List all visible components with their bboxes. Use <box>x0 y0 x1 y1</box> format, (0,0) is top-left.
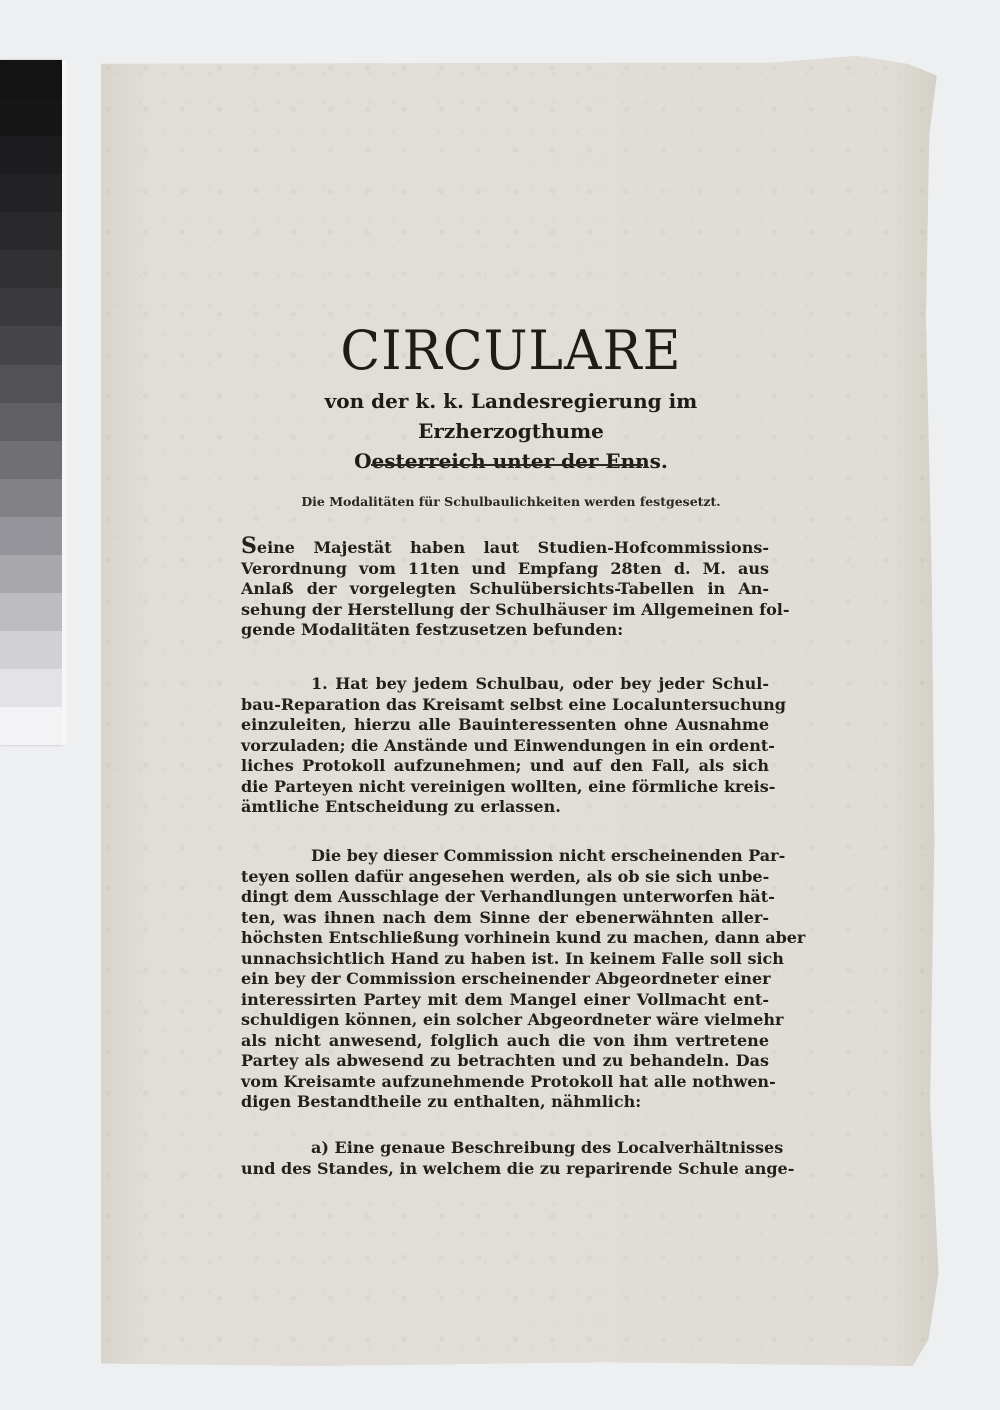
gray-patch <box>0 98 62 136</box>
gray-patch <box>0 669 62 707</box>
gray-patch <box>0 365 62 403</box>
text-line: liches Protokoll aufzunehmen; und auf de… <box>241 756 769 777</box>
subtitle-line: von der k. k. Landesregierung im Erzherz… <box>231 386 791 446</box>
text-line: Verordnung vom 11ten und Empfang 28ten d… <box>241 559 769 580</box>
paragraph-item-a: a) Eine genaue Beschreibung des Localver… <box>241 1138 769 1179</box>
text-line: ten, was ihnen nach dem Sinne der ebener… <box>241 908 769 929</box>
gray-patch <box>0 631 62 669</box>
grayscale-calibration-card <box>0 60 62 745</box>
gray-patch <box>0 326 62 364</box>
text-line: vom Kreisamte aufzunehmende Protokoll ha… <box>241 1072 769 1093</box>
paragraph-intro: Seine Majestät haben laut Studien-Hofcom… <box>241 536 769 641</box>
text-line: als nicht anwesend, folglich auch die vo… <box>241 1031 769 1052</box>
text-line: ein bey der Commission erscheinender Abg… <box>241 969 769 990</box>
gray-patch <box>0 212 62 250</box>
text-line: die Parteyen nicht vereinigen wollten, e… <box>241 777 769 798</box>
text-line: bau-Reparation das Kreisamt selbst eine … <box>241 695 769 716</box>
text-line: sehung der Herstellung der Schulhäuser i… <box>241 600 769 621</box>
text-line: Die bey dieser Commission nicht erschein… <box>241 846 769 867</box>
paragraph-commission: Die bey dieser Commission nicht erschein… <box>241 846 769 1113</box>
text-line: teyen sollen dafür angesehen werden, als… <box>241 867 769 888</box>
text-line: vorzuladen; die Anstände und Einwendunge… <box>241 736 769 757</box>
subtitle-line: Oesterreich unter der Enns. <box>231 446 791 476</box>
text-line: und des Standes, in welchem die zu repar… <box>241 1159 769 1180</box>
gray-patch <box>0 593 62 631</box>
gray-patch <box>0 136 62 174</box>
gray-patch <box>0 288 62 326</box>
text-line: digen Bestandtheile zu enthalten, nähmli… <box>241 1092 769 1113</box>
text-line: Anlaß der vorgelegten Schulübersichts-Ta… <box>241 579 769 600</box>
paragraph-item-1: 1. Hat bey jedem Schulbau, oder bey jede… <box>241 674 769 818</box>
text-line: a) Eine genaue Beschreibung des Localver… <box>241 1138 769 1159</box>
document-title: CIRCULARE <box>241 320 781 383</box>
text-line: gende Modalitäten festzusetzen befunden: <box>241 620 769 641</box>
gray-patch <box>0 60 62 98</box>
text-line: dingt dem Ausschlage der Verhandlungen u… <box>241 887 769 908</box>
text-line: 1. Hat bey jedem Schulbau, oder bey jede… <box>241 674 769 695</box>
gray-patch <box>0 250 62 288</box>
gray-patch <box>0 707 62 745</box>
document-subtitle: von der k. k. Landesregierung im Erzherz… <box>231 386 791 476</box>
gray-patch <box>0 441 62 479</box>
gray-patch <box>0 517 62 555</box>
document-sheet: CIRCULARE von der k. k. Landesregierung … <box>101 56 941 1366</box>
text-line: einzuleiten, hierzu alle Bauinteressente… <box>241 715 769 736</box>
text-line: schuldigen können, ein solcher Abgeordne… <box>241 1010 769 1031</box>
text-line: ämtliche Entscheidung zu erlassen. <box>241 797 769 818</box>
text-line: unnachsichtlich Hand zu haben ist. In ke… <box>241 949 769 970</box>
text-line: höchsten Entschließung vorhinein kund zu… <box>241 928 769 949</box>
section-heading: Die Modalitäten für Schulbaulichkeiten w… <box>241 494 781 509</box>
title-divider <box>371 464 643 466</box>
gray-patch <box>0 174 62 212</box>
calibration-card-edge <box>62 60 66 745</box>
gray-patch <box>0 555 62 593</box>
text-line: Seine Majestät haben laut Studien-Hofcom… <box>241 536 769 559</box>
text-line: interessirten Partey mit dem Mangel eine… <box>241 990 769 1011</box>
text-line: Partey als abwesend zu betrachten und zu… <box>241 1051 769 1072</box>
gray-patch <box>0 403 62 441</box>
gray-patch <box>0 479 62 517</box>
